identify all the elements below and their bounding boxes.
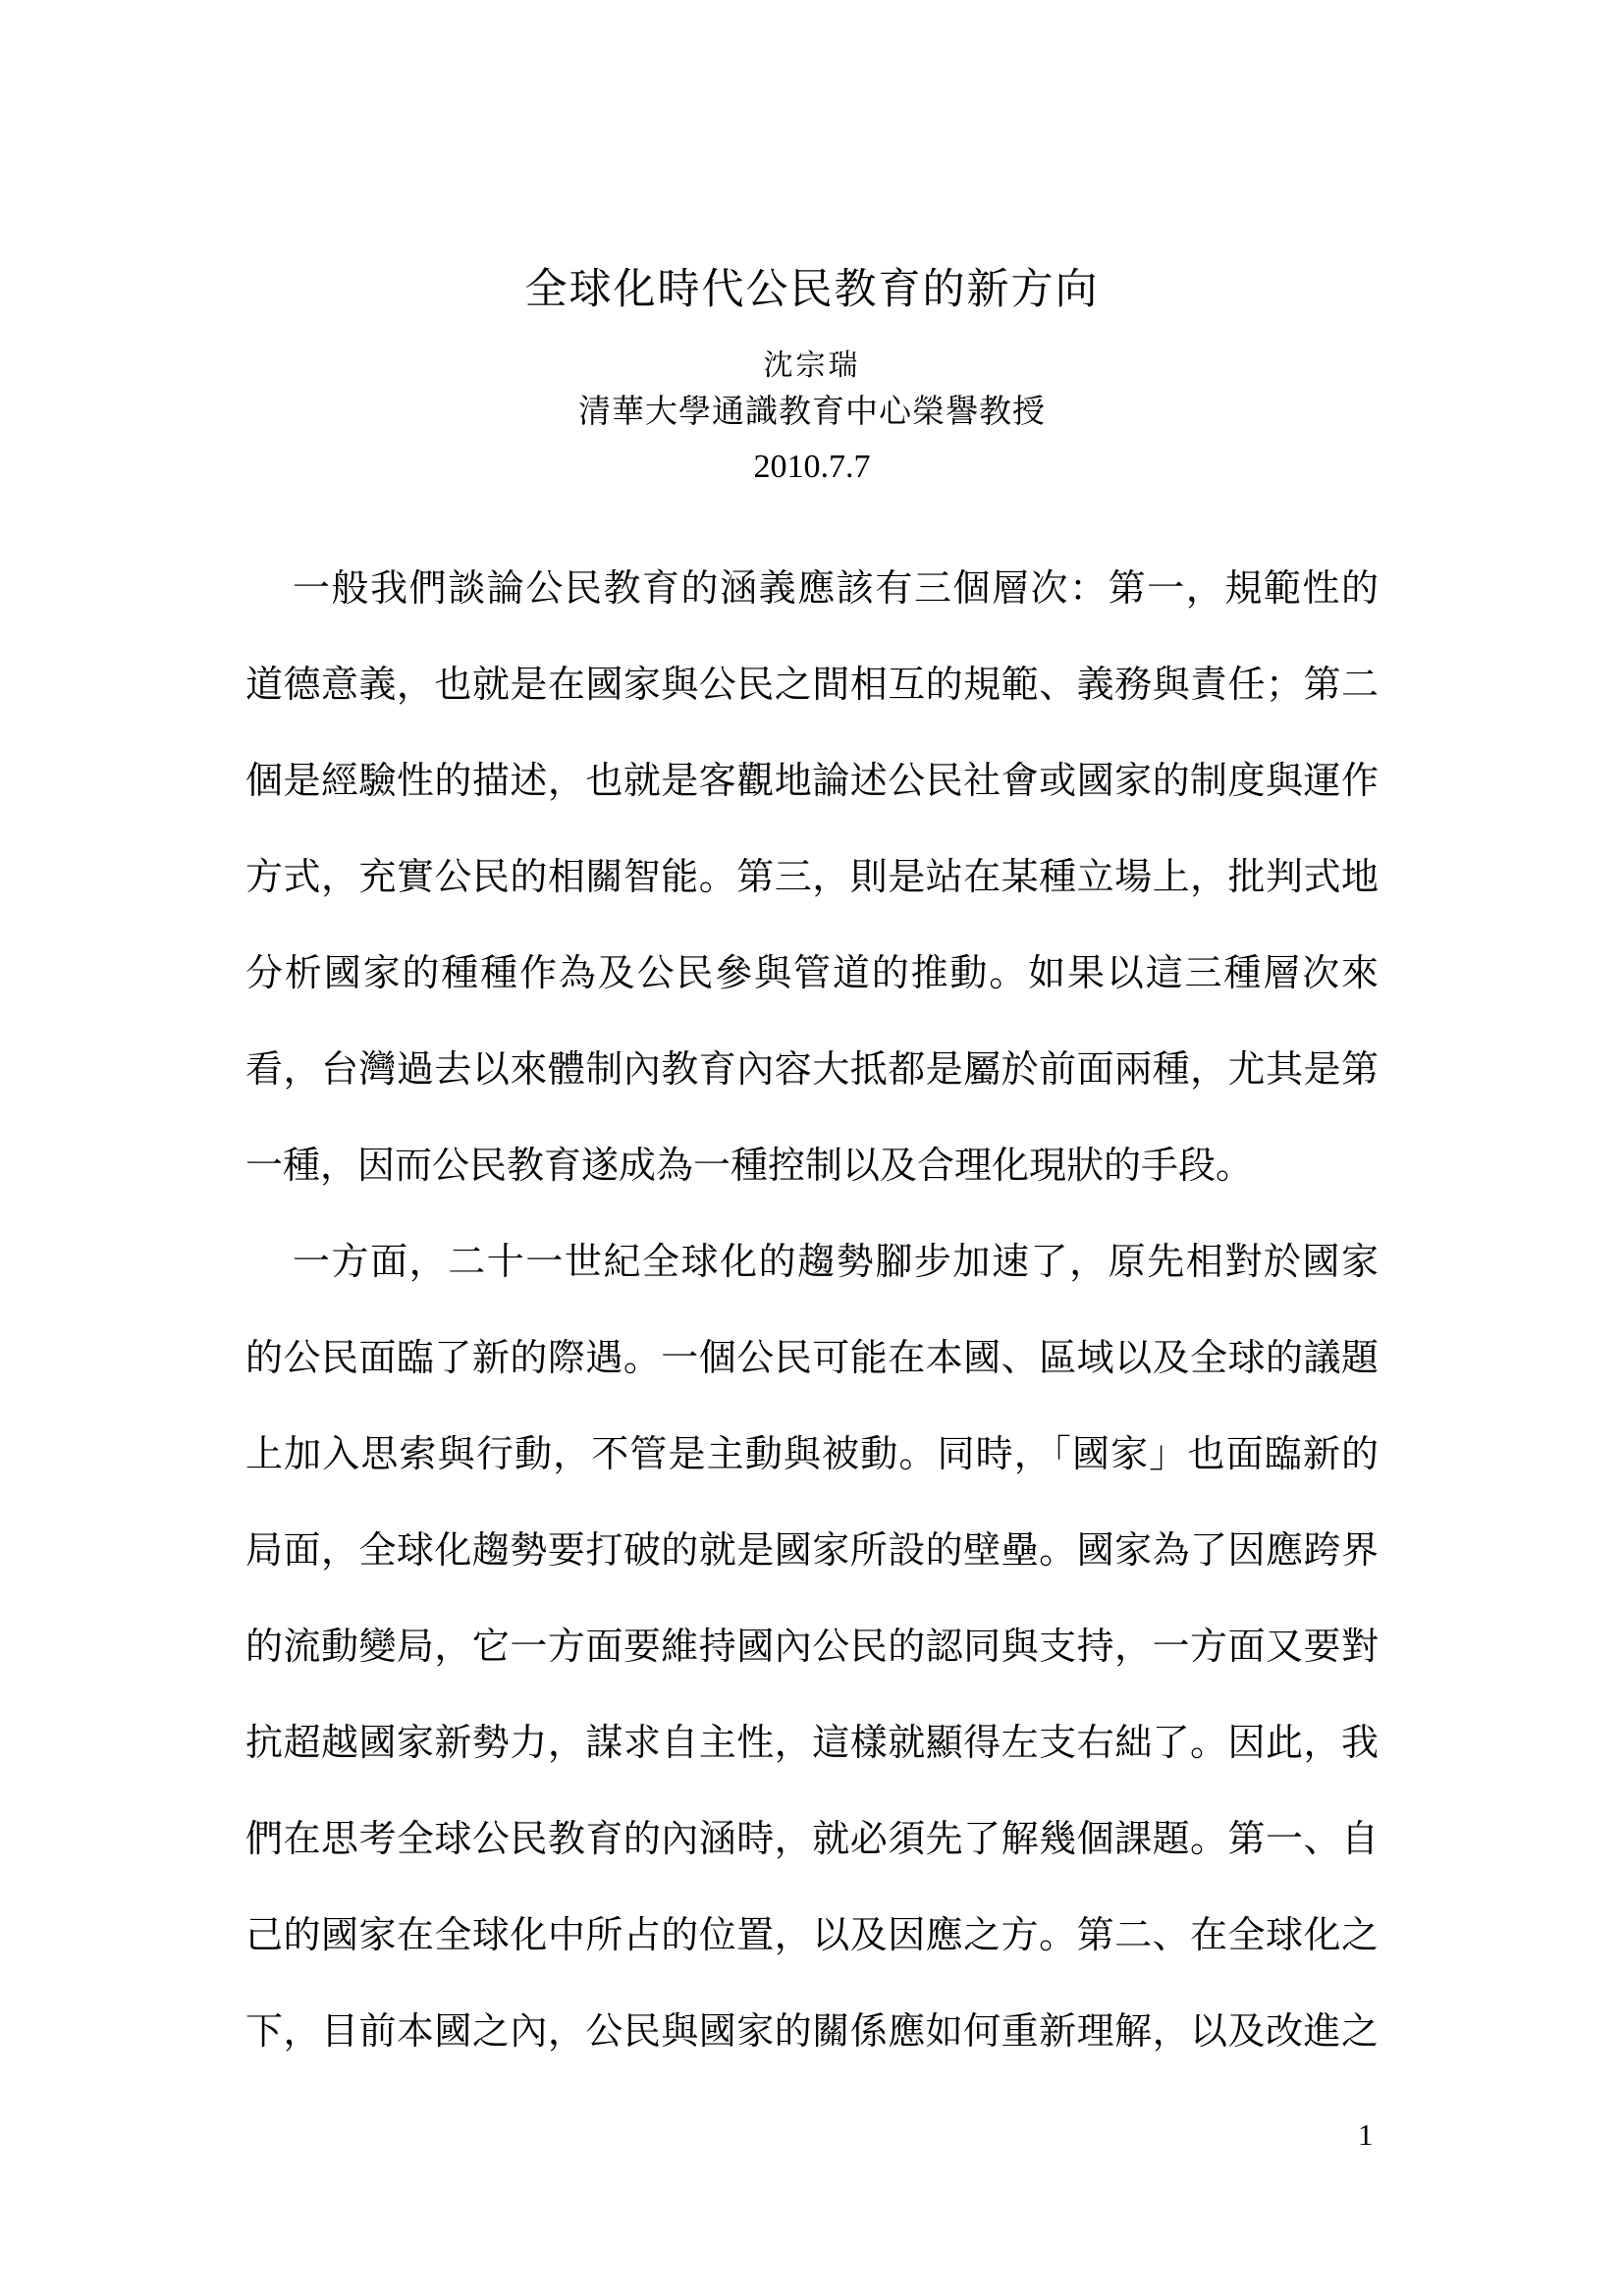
body-line: 們在思考全球公民教育的內涵時，就必須先了解幾個課題。第一、自 — [245, 1791, 1379, 1888]
body-line: 抗超越國家新勢力，謀求自主性，這樣就顯得左支右絀了。因此，我 — [245, 1695, 1379, 1791]
document-title: 全球化時代公民教育的新方向 — [0, 0, 1624, 316]
document-page: 全球化時代公民教育的新方向 沈宗瑞 清華大學通識教育中心榮譽教授 2010.7.… — [0, 0, 1624, 2296]
body-line: 己的國家在全球化中所占的位置，以及因應之方。第二、在全球化之 — [245, 1888, 1379, 1984]
author-affiliation: 清華大學通識教育中心榮譽教授 — [0, 389, 1624, 436]
body-line: 的流動變局，它一方面要維持國內公民的認同與支持，一方面又要對 — [245, 1599, 1379, 1695]
body-line: 的公民面臨了新的際遇。一個公民可能在本國、區域以及全球的議題 — [245, 1310, 1379, 1407]
body-line: 下，目前本國之內，公民與國家的關係應如何重新理解，以及改進之 — [245, 1984, 1379, 2080]
body-line: 方式，充實公民的相關智能。第三，則是站在某種立場上，批判式地 — [245, 829, 1379, 926]
body-line: 道德意義，也就是在國家與公民之間相互的規範、義務與責任；第二 — [245, 637, 1379, 733]
body-line: 個是經驗性的描述，也就是客觀地論述公民社會或國家的制度與運作 — [245, 733, 1379, 829]
body-line: 看，台灣過去以來體制內教育內容大抵都是屬於前面兩種，尤其是第 — [245, 1022, 1379, 1118]
body-line: 分析國家的種種作為及公民參與管道的推動。如果以這三種層次來 — [245, 926, 1379, 1022]
body-line: 一種，因而公民教育遂成為一種控制以及合理化現狀的手段。 — [245, 1118, 1379, 1214]
document-date: 2010.7.7 — [0, 444, 1624, 491]
document-body: 一般我們談論公民教育的涵義應該有三個層次：第一，規範性的道德意義，也就是在國家與… — [0, 541, 1624, 2080]
body-line: 局面，全球化趨勢要打破的就是國家所設的壁壘。國家為了因應跨界 — [245, 1503, 1379, 1599]
page-number: 1 — [1358, 2115, 1374, 2155]
body-line: 一方面，二十一世紀全球化的趨勢腳步加速了，原先相對於國家 — [245, 1214, 1379, 1310]
author-name: 沈宗瑞 — [0, 344, 1624, 389]
body-line: 一般我們談論公民教育的涵義應該有三個層次：第一，規範性的 — [245, 541, 1379, 637]
body-line: 上加入思索與行動，不管是主動與被動。同時，「國家」也面臨新的 — [245, 1407, 1379, 1503]
